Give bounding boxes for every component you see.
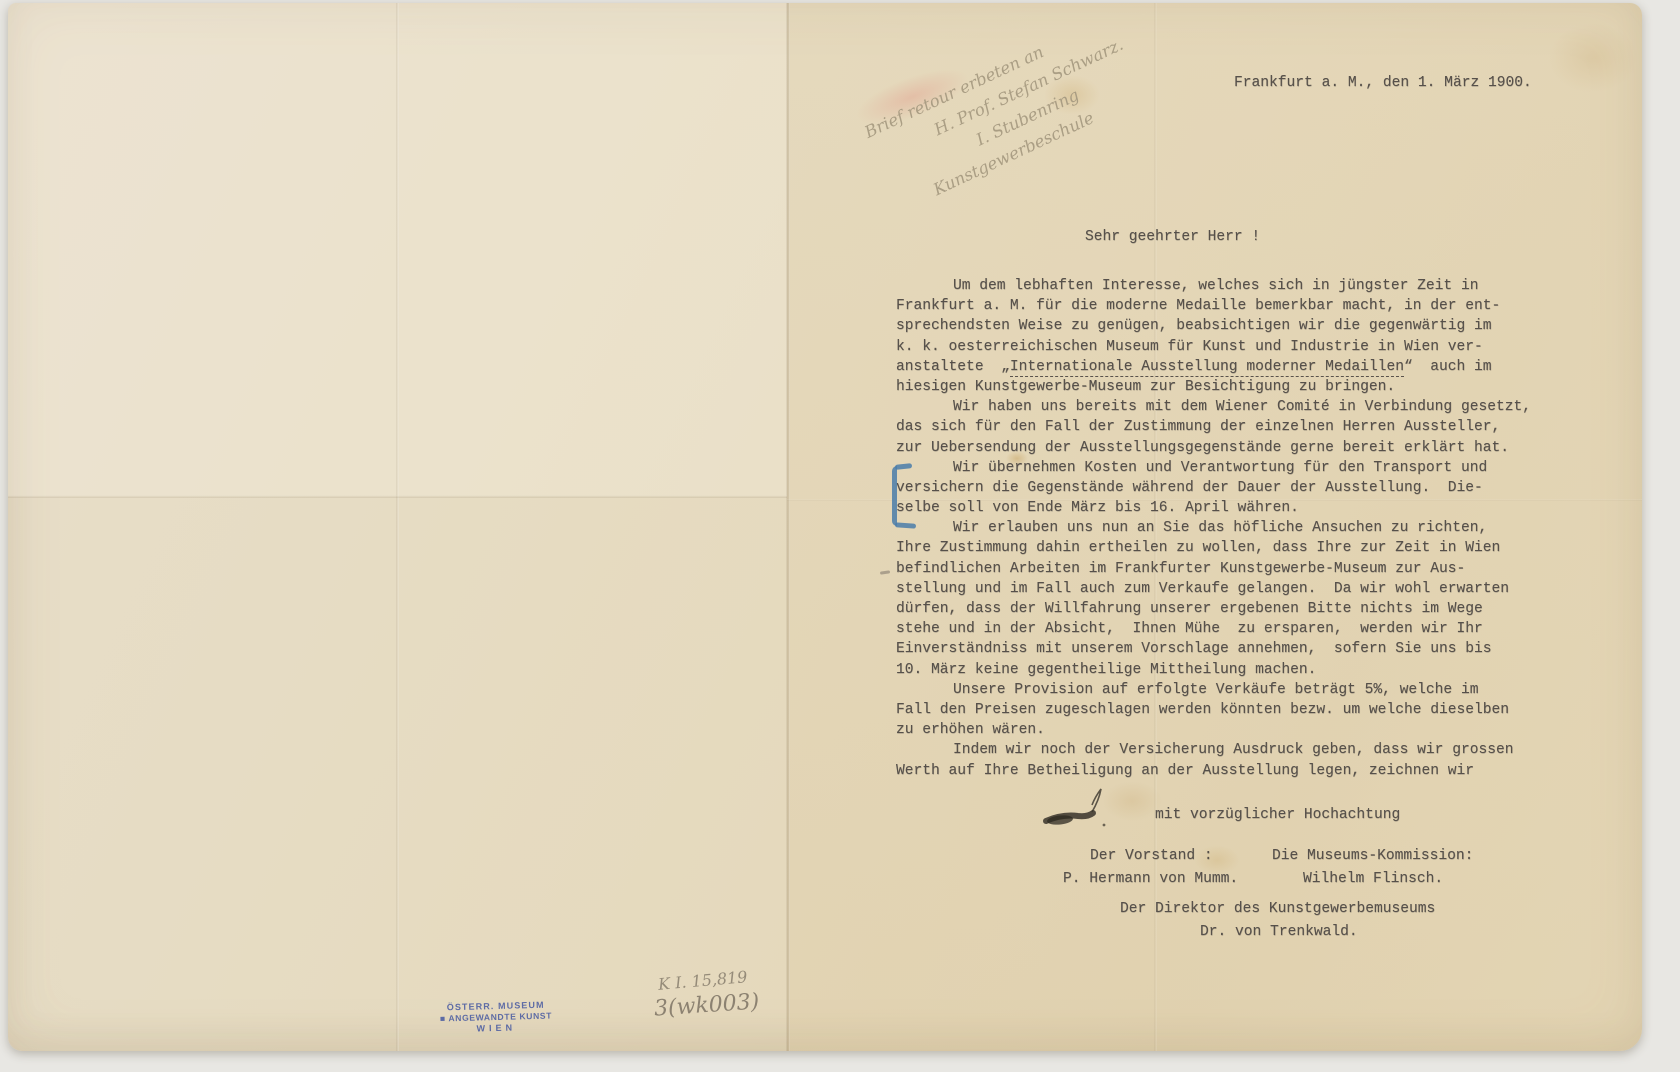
body-line-post: “ auch im <box>1404 359 1492 375</box>
body-line: Einverständniss mit unserem Vorschlage a… <box>896 639 1556 659</box>
horizontal-fold-left <box>8 495 787 498</box>
fold-quadrant-highlight <box>8 3 787 495</box>
ink-smudge <box>1038 785 1130 840</box>
body-line: Wir übernehmen Kosten und Verantwortung … <box>896 458 1556 478</box>
dateline: Frankfurt a. M., den 1. März 1900. <box>1234 75 1532 91</box>
underlined-exhibition-title: Internationale Ausstellung moderner Meda… <box>1010 359 1404 377</box>
body-line: Frankfurt a. M. für die moderne Medaille… <box>896 296 1556 316</box>
body-line: zu erhöhen wären. <box>896 720 1556 740</box>
body-line: stellung und im Fall auch zum Verkaufe g… <box>896 579 1556 599</box>
body-line: Um dem lebhaften Interesse, welches sich… <box>896 276 1556 296</box>
signature-left-name: P. Hermann von Mumm. <box>1063 871 1238 887</box>
body-line: Ihre Zustimmung dahin ertheilen zu wolle… <box>896 538 1556 558</box>
body-line: das sich für den Fall der Zustimmung der… <box>896 417 1556 437</box>
salutation: Sehr geehrter Herr ! <box>1085 229 1260 245</box>
body-line: Wir haben uns bereits mit dem Wiener Com… <box>896 397 1556 417</box>
museum-stamp: ÖSTERR. MUSEUM ■ ANGEWANDTE KUNST WIEN <box>428 999 565 1036</box>
letter-sheet: Brief retour erbeten an H. Prof. Stefan … <box>8 3 1642 1051</box>
body-line: Indem wir noch der Versicherung Ausdruck… <box>896 740 1556 760</box>
signature-right-role: Die Museums-Kommission: <box>1272 848 1473 864</box>
body-line: versichern die Gegenstände während der D… <box>896 478 1556 498</box>
body-line: k. k. oesterreichischen Museum für Kunst… <box>896 337 1556 357</box>
signature-left-role: Der Vorstand : <box>1090 848 1213 864</box>
signature-right-name: Wilhelm Flinsch. <box>1303 871 1443 887</box>
inventory-number: K I. 15,819 <box>657 967 748 994</box>
body-line: zur Uebersendung der Ausstellungsgegenst… <box>896 438 1556 458</box>
body-line-pre: anstaltete „ <box>896 359 1010 375</box>
body-line: Werth auf Ihre Betheiligung an der Ausst… <box>896 761 1556 781</box>
body-line: sprechendsten Weise zu genügen, beabsich… <box>896 316 1556 336</box>
body-line: befindlichen Arbeiten im Frankfurter Kun… <box>896 559 1556 579</box>
body-line: stehe und in der Absicht, Ihnen Mühe zu … <box>896 619 1556 639</box>
blue-margin-bracket <box>892 466 916 526</box>
body-line-underlined: anstaltete „Internationale Ausstellung m… <box>896 357 1556 377</box>
director-name: Dr. von Trenkwald. <box>1200 924 1358 940</box>
body-line: hiesigen Kunstgewerbe-Museum zur Besicht… <box>896 377 1556 397</box>
body-line: selbe soll von Ende März bis 16. April w… <box>896 498 1556 518</box>
inventory-code: 3(wk003) <box>653 989 760 1021</box>
body-line: Fall den Preisen zugeschlagen werden kön… <box>896 700 1556 720</box>
body-line: 10. März keine gegentheilige Mittheilung… <box>896 660 1556 680</box>
scan-canvas: Brief retour erbeten an H. Prof. Stefan … <box>0 0 1680 1072</box>
body-line: dürfen, dass der Willfahrung unserer erg… <box>896 599 1556 619</box>
body-line: Unsere Provision auf erfolgte Verkäufe b… <box>896 680 1556 700</box>
director-role: Der Direktor des Kunstgewerbemuseums <box>1120 901 1435 917</box>
letter-body: Um dem lebhaften Interesse, welches sich… <box>896 276 1556 781</box>
body-line: Wir erlauben uns nun an Sie das höfliche… <box>896 518 1556 538</box>
closing-phrase: mit vorzüglicher Hochachtung <box>1155 807 1400 823</box>
